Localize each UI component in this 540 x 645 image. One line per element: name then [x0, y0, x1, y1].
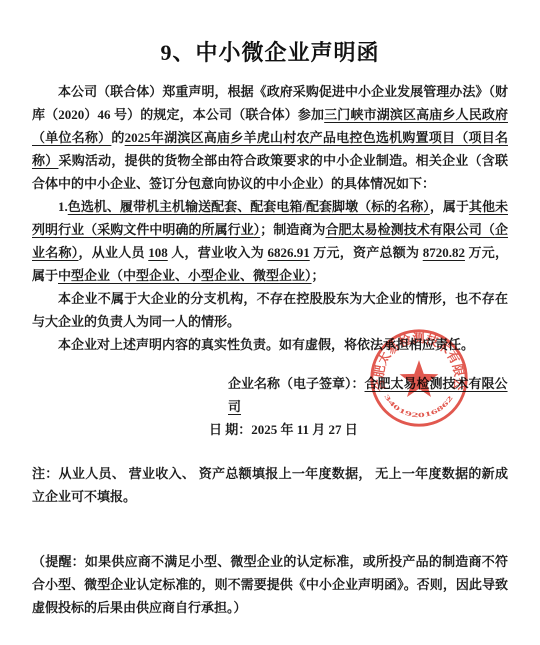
text-segment: 中型企业（中型企业、小型企业、微型企业） [58, 268, 312, 283]
note-paragraph: 注：从业人员、 营业收入、 资产总额填报上一年度数据， 无上一年度数据的新成立企… [32, 462, 508, 508]
text-segment: 的 [111, 130, 124, 145]
signature-name-label: 企业名称（电子签章）： [228, 376, 365, 391]
text-segment: ，属于 [430, 199, 469, 214]
company-seal-stamp: 合肥太易检测技术有限公司 340192016862 [368, 327, 470, 429]
declaration-document-page: 9、中小微企业声明函 本公司（联合体）郑重声明，根据《政府采购促进中小企业发展管… [0, 0, 540, 645]
seal-star-icon [400, 360, 439, 397]
text-segment: 采购活动，提供的货物全部由符合政策要求的中小企业制造。相关企业（含联合体中的中小… [32, 153, 508, 191]
text-segment: 本企业不属于大企业的分支机构，不存在控股股东为大企业的情形，也不存在与大企业的负… [32, 291, 508, 329]
page-title: 9、中小微企业声明函 [32, 36, 508, 67]
text-segment: 万元，资产总额为 [310, 245, 423, 260]
paragraph-declaration-intro: 本公司（联合体）郑重声明，根据《政府采购促进中小企业发展管理办法》（财库（202… [32, 80, 508, 195]
text-segment: ，从业人员 [79, 245, 149, 260]
text-segment: ；制造商为 [260, 222, 325, 237]
text-segment: 色选机、履带机主机输送配套、配套电箱/配套脚墩（标的名称） [68, 199, 430, 214]
reminder-paragraph: （提醒：如果供应商不满足小型、微型企业的认定标准，或所投产品的制造商不符合小型、… [32, 550, 508, 619]
text-segment: 8720.82 [423, 245, 465, 260]
text-segment: 1. [58, 199, 68, 214]
seal-graphic: 合肥太易检测技术有限公司 340192016862 [368, 327, 470, 429]
text-segment: 6826.91 [267, 245, 309, 260]
paragraph-item-1-details: 1.色选机、履带机主机输送配套、配套电箱/配套脚墩（标的名称），属于其他未列明行… [32, 195, 508, 287]
text-segment: 人，营业收入为 [168, 245, 268, 260]
seal-serial-number: 340192016862 [382, 393, 454, 419]
text-segment: ； [312, 268, 325, 283]
document-body: 本公司（联合体）郑重声明，根据《政府采购促进中小企业发展管理办法》（财库（202… [32, 80, 508, 356]
text-segment: 108 [148, 245, 168, 260]
